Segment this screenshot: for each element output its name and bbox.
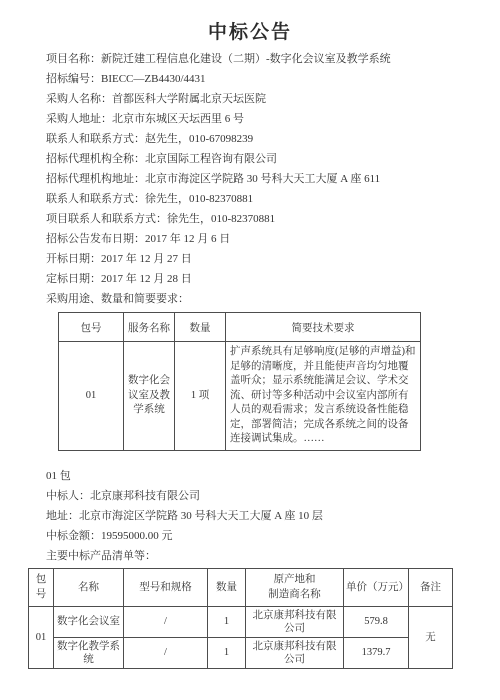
info-line-purchaser-name: 采购人名称：首都医科大学附属北京天坛医院 bbox=[0, 89, 500, 109]
info-line-award-date: 定标日期：2017 年 12 月 28 日 bbox=[0, 269, 500, 289]
info-line-requirements-caption: 采购用途、数量和简要要求： bbox=[0, 289, 500, 309]
cell-product-name: 数字化会议室 bbox=[54, 606, 124, 637]
info-line-bid-number: 招标编号：BIECC—ZB4430/4431 bbox=[0, 69, 500, 89]
products-caption-line: 主要中标产品清单等： bbox=[0, 546, 500, 566]
cell-model-spec: / bbox=[124, 637, 208, 668]
products-table-row: 数字化教学系统 / 1 北京康邦科技有限公司 1379.7 bbox=[29, 637, 453, 668]
page-title: 中标公告 bbox=[0, 0, 500, 46]
cell-tech-requirements: 扩声系统具有足够响度(足够的声增益)和足够的清晰度，并且能使声音均匀地覆盖听众；… bbox=[226, 342, 421, 451]
header-package-no: 包号 bbox=[59, 313, 124, 342]
winner-address-line: 地址：北京市海淀区学院路 30 号科大天工大厦 A 座 10 层 bbox=[0, 506, 500, 526]
info-line-announce-date: 招标公告发布日期：2017 年 12 月 6 日 bbox=[0, 229, 500, 249]
winner-package-label: 01 包 bbox=[0, 466, 500, 486]
winner-amount-line: 中标金额：19595000.00 元 bbox=[0, 526, 500, 546]
header-service-name: 服务名称 bbox=[124, 313, 175, 342]
cell-quantity: 1 项 bbox=[175, 342, 226, 451]
info-line-project-name: 项目名称：新院迁建工程信息化建设（二期）-数字化会议室及教学系统 bbox=[0, 49, 500, 69]
cell-unit-price: 1379.7 bbox=[344, 637, 409, 668]
header-product-name: 名称 bbox=[54, 568, 124, 606]
header-unit-price: 单价（万元） bbox=[344, 568, 409, 606]
cell-package-no: 01 bbox=[59, 342, 124, 451]
cell-product-name: 数字化教学系统 bbox=[54, 637, 124, 668]
info-line-open-date: 开标日期：2017 年 12 月 27 日 bbox=[0, 249, 500, 269]
cell-manufacturer: 北京康邦科技有限公司 bbox=[246, 637, 344, 668]
cell-quantity: 1 bbox=[208, 606, 246, 637]
cell-unit-price: 579.8 bbox=[344, 606, 409, 637]
requirements-table: 包号 服务名称 数量 简要技术要求 01 数字化会议室及教学系统 1 项 扩声系… bbox=[58, 312, 421, 451]
info-line-contact-1: 联系人和联系方式：赵先生，010-67098239 bbox=[0, 129, 500, 149]
info-line-agency-address: 招标代理机构地址：北京市海淀区学院路 30 号科大天工大厦 A 座 611 bbox=[0, 169, 500, 189]
cell-service-name: 数字化会议室及教学系统 bbox=[124, 342, 175, 451]
document-page: 中标公告 项目名称：新院迁建工程信息化建设（二期）-数字化会议室及教学系统 招标… bbox=[0, 0, 500, 700]
cell-manufacturer: 北京康邦科技有限公司 bbox=[246, 606, 344, 637]
cell-quantity: 1 bbox=[208, 637, 246, 668]
info-line-purchaser-address: 采购人地址：北京市东城区天坛西里 6 号 bbox=[0, 109, 500, 129]
cell-package-no: 01 bbox=[29, 606, 54, 668]
requirements-table-row: 01 数字化会议室及教学系统 1 项 扩声系统具有足够响度(足够的声增益)和足够… bbox=[59, 342, 421, 451]
info-section: 项目名称：新院迁建工程信息化建设（二期）-数字化会议室及教学系统 招标编号：BI… bbox=[0, 49, 500, 309]
products-table-row: 01 数字化会议室 / 1 北京康邦科技有限公司 579.8 无 bbox=[29, 606, 453, 637]
products-table: 包 号 名称 型号和规格 数量 原产地和 制造商名称 单价（万元） 备注 01 … bbox=[28, 568, 453, 669]
header-origin-manufacturer: 原产地和 制造商名称 bbox=[246, 568, 344, 606]
info-line-contact-2: 联系人和联系方式：徐先生，010-82370881 bbox=[0, 189, 500, 209]
info-line-agency-name: 招标代理机构全称：北京国际工程咨询有限公司 bbox=[0, 149, 500, 169]
header-package-no: 包 号 bbox=[29, 568, 54, 606]
cell-model-spec: / bbox=[124, 606, 208, 637]
header-remark: 备注 bbox=[409, 568, 453, 606]
cell-remark: 无 bbox=[409, 606, 453, 668]
info-line-project-contact: 项目联系人和联系方式：徐先生，010-82370881 bbox=[0, 209, 500, 229]
requirements-table-header-row: 包号 服务名称 数量 简要技术要求 bbox=[59, 313, 421, 342]
header-tech-requirements: 简要技术要求 bbox=[226, 313, 421, 342]
header-quantity: 数量 bbox=[208, 568, 246, 606]
header-model-spec: 型号和规格 bbox=[124, 568, 208, 606]
winner-name-line: 中标人：北京康邦科技有限公司 bbox=[0, 486, 500, 506]
header-quantity: 数量 bbox=[175, 313, 226, 342]
products-table-header-row: 包 号 名称 型号和规格 数量 原产地和 制造商名称 单价（万元） 备注 bbox=[29, 568, 453, 606]
winner-section: 01 包 中标人：北京康邦科技有限公司 地址：北京市海淀区学院路 30 号科大天… bbox=[0, 466, 500, 566]
